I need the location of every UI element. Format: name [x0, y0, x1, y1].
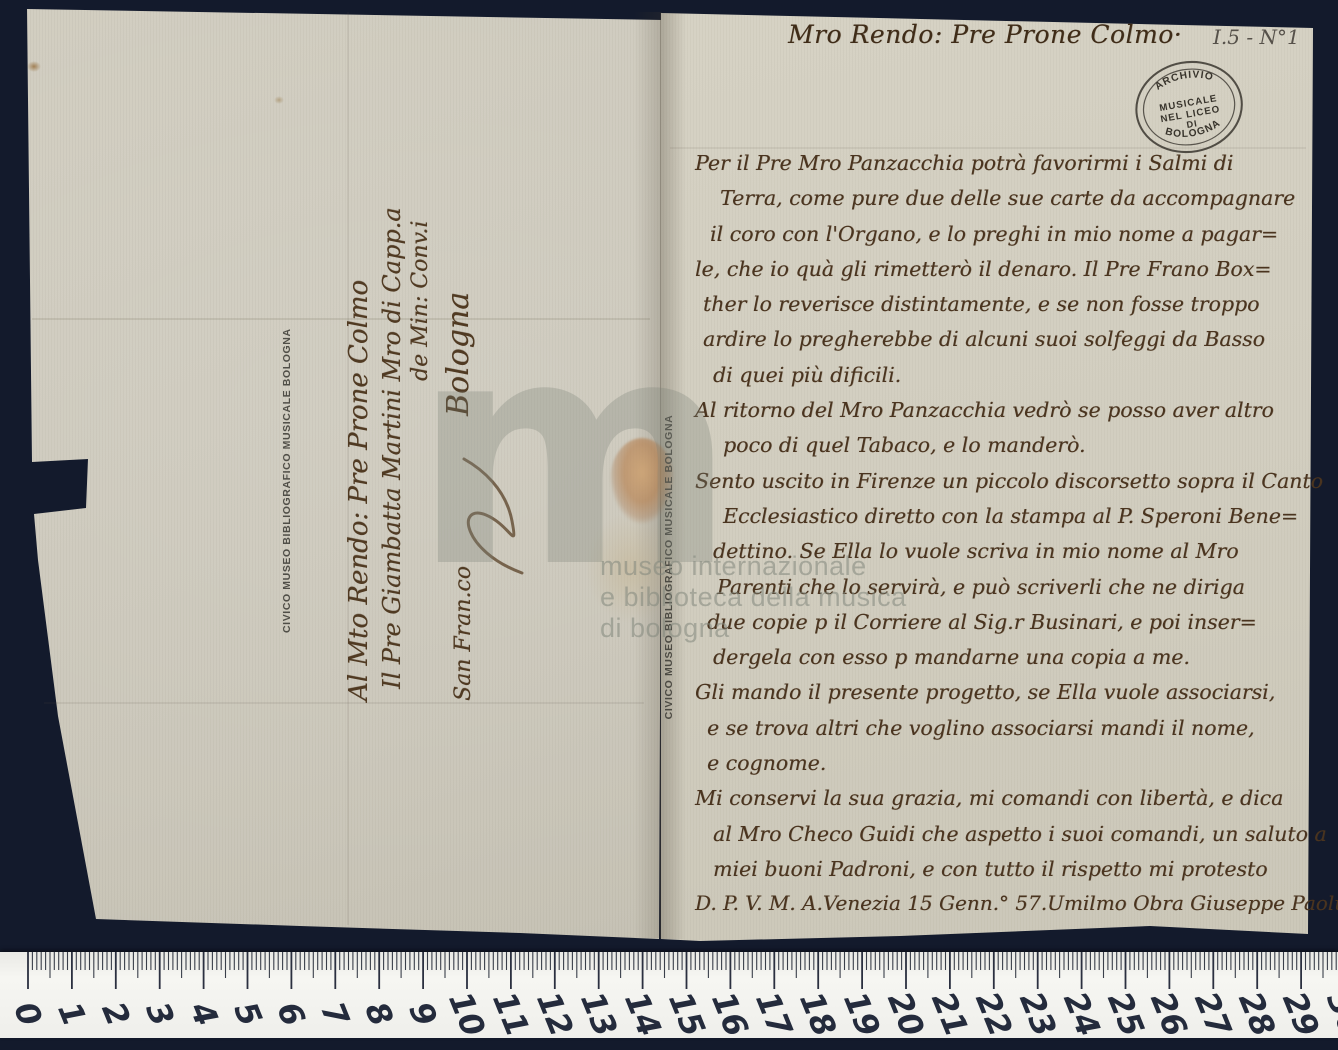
letter-line: Terra, come pure due delle sue carte da … [720, 181, 1325, 216]
address-convent: San Fran.co [451, 566, 476, 701]
letter-line: e se trova altri che voglino associarsi … [707, 711, 1325, 746]
fold-crease [32, 318, 650, 320]
letter-line: Gli mando il presente progetto, se Ella … [695, 675, 1325, 710]
letter-line: ardire lo pregherebbe di alcuni suoi sol… [703, 322, 1325, 357]
address-city: Bologna [441, 292, 476, 416]
letter-line: al Mro Checo Guidi che aspetto i suoi co… [713, 817, 1325, 852]
letter-line: Mi conservi la sua grazia, mi comandi co… [695, 781, 1325, 816]
library-stamp-vertical: CIVICO MUSEO BIBLIOGRAFICO MUSICALE BOLO… [663, 412, 679, 722]
closing-valediction: D. P. V. M. A. [695, 891, 823, 915]
letter-body: Per il Pre Mro Panzacchia potrà favorirm… [695, 146, 1325, 887]
letter-line: dergela con esso p mandarne una copia a … [713, 640, 1325, 675]
letter-line: Ecclesiastico diretto con la stampa al P… [723, 499, 1325, 534]
ruler-cm-label: 4 [176, 987, 232, 1041]
letter-line: dettino. Se Ella lo vuole scriva in mio … [713, 534, 1325, 569]
address-recipient-name: Il Pre Giambatta Martini Mro di Capp.a [378, 231, 406, 689]
letter-line: Per il Pre Mro Panzacchia potrà favorirm… [695, 146, 1325, 181]
pen-flourish [452, 451, 532, 581]
ruler-labels: 0123456789101112131415161718192021222324… [0, 986, 1338, 1046]
fold-crease [44, 702, 644, 704]
letter-salutation: Mro Rendo: Pre Prone Colmo· [788, 20, 1182, 49]
address-recipient-title: Al Mto Rendo: Pre Prone Colmo [344, 231, 374, 701]
shelfmark-annotation: I.5 - N°1 [1213, 25, 1300, 49]
letter-line: Sento uscito in Firenze un piccolo disco… [695, 464, 1325, 499]
ruler-cm-label: 13 [571, 987, 627, 1041]
library-stamp-vertical: CIVICO MUSEO BIBLIOGRAFICO MUSICALE BOLO… [281, 331, 297, 633]
archival-photo: CIVICO MUSEO BIBLIOGRAFICO MUSICALE BOLO… [0, 0, 1338, 1050]
ruler-cm-label: 14 [615, 987, 671, 1041]
paper-stain [27, 61, 41, 72]
letter-line: e cognome. [707, 746, 1325, 781]
letter-line: Al ritorno del Mro Panzacchia vedrò se p… [695, 393, 1325, 428]
letter-line: Parenti che lo servirà, e può scriverli … [717, 570, 1325, 605]
address-order: de Min: Conv.i [408, 231, 433, 381]
letter-line: le, che io quà gli rimetterò il denaro. … [695, 252, 1325, 287]
letter-line: ther lo reverisce distintamente, e se no… [703, 287, 1325, 322]
closing-signature: Umilmo Obra Giuseppe Paolucci. [1047, 891, 1338, 915]
letter-line: miei buoni Padroni, e con tutto il rispe… [713, 852, 1325, 887]
ruler-cm-label: 24 [1054, 987, 1110, 1041]
paper-stain [274, 96, 284, 104]
letter-line: il coro con l'Organo, e lo preghi in mio… [710, 217, 1325, 252]
address-block: Al Mto Rendo: Pre Prone Colmo Il Pre Gia… [344, 231, 556, 701]
ruler-cm-label: 3 [132, 987, 188, 1041]
letter-line: di quei più dificili. [713, 358, 1325, 393]
letter-closing-row: D. P. V. M. A. Venezia 15 Genn.° 57. Umi… [695, 891, 1323, 915]
closing-dateline: Venezia 15 Genn.° 57. [823, 891, 1047, 915]
letter-line: due copie p il Corriere al Sig.r Businar… [707, 605, 1325, 640]
ruler-cm-label: 23 [1010, 987, 1066, 1041]
letter-line: poco di quel Tabaco, e lo manderò. [723, 428, 1325, 463]
